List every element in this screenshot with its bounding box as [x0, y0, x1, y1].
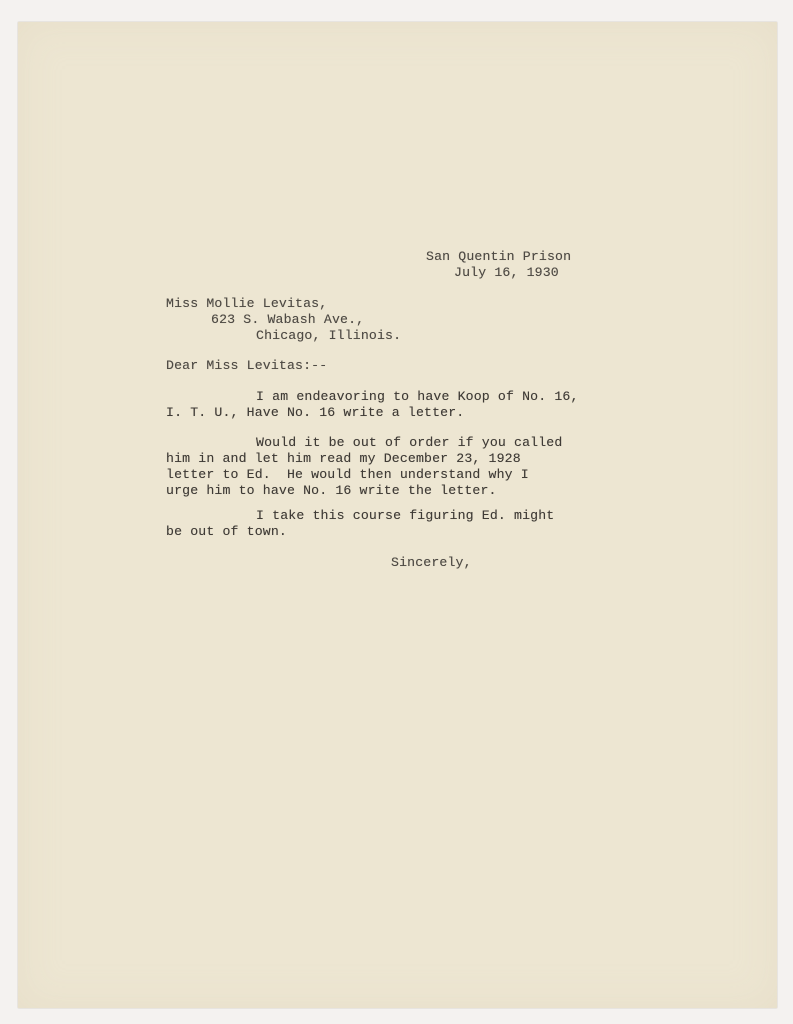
salutation: Dear Miss Levitas:-- [166, 358, 327, 374]
body-paragraph-1-line-2: I. T. U., Have No. 16 write a letter. [166, 405, 464, 421]
body-paragraph-2-line-4: urge him to have No. 16 write the letter… [166, 483, 497, 499]
body-paragraph-3-line-1: I take this course figuring Ed. might [256, 508, 554, 524]
body-paragraph-2-line-1: Would it be out of order if you called [256, 435, 562, 451]
heading-location: San Quentin Prison [426, 249, 571, 265]
body-paragraph-2-line-2: him in and let him read my December 23, … [166, 451, 521, 467]
body-paragraph-2-line-3: letter to Ed. He would then understand w… [166, 467, 529, 483]
recipient-street: 623 S. Wabash Ave., [211, 312, 364, 328]
heading-date: July 16, 1930 [454, 265, 559, 281]
recipient-name: Miss Mollie Levitas, [166, 296, 327, 312]
closing: Sincerely, [391, 555, 472, 571]
recipient-city: Chicago, Illinois. [256, 328, 401, 344]
body-paragraph-3-line-2: be out of town. [166, 524, 287, 540]
body-paragraph-1-line-1: I am endeavoring to have Koop of No. 16, [256, 389, 579, 405]
